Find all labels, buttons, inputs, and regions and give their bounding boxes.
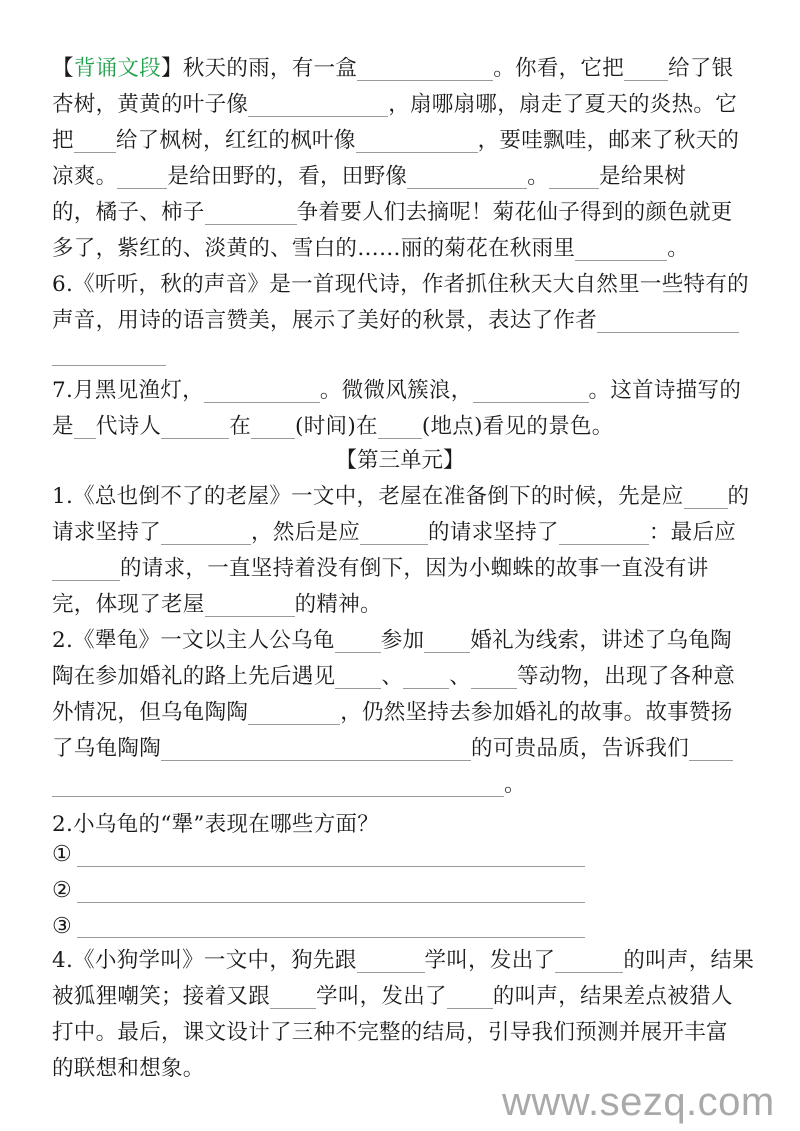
text: 、 (381, 664, 403, 689)
recite-line-3: 把给了枫树，红红的枫叶像，要哇飘哇，邮来了秋天的 (52, 122, 752, 160)
blank-field[interactable] (555, 946, 623, 973)
text: ，扇哪扇哪，扇走了夏天的炎热。它 (388, 92, 737, 117)
blank-field[interactable] (52, 554, 120, 581)
text: 的叫声，结果差点被猎人 (493, 984, 733, 1009)
watermark: www.sezq.com (502, 1080, 775, 1125)
text: 。 (667, 236, 689, 261)
text: 在 (229, 414, 251, 439)
blank-field[interactable] (74, 412, 96, 439)
u3q1-line-3: 的请求，一直坚持着没有倒下，因为小蜘蛛的故事一直没有讲 (52, 550, 752, 588)
blank-field[interactable] (624, 54, 668, 81)
q7-line-2: 是代诗人在(时间)在(地点)看见的景色。 (52, 408, 752, 446)
text: 的，橘子、柿子 (52, 200, 205, 225)
q6-line-1: 6.《听听，秋的声音》是一首现代诗，作者抓住秋天大自然里一些特有的 (52, 266, 752, 304)
text: 凉爽。 (52, 164, 117, 189)
unit-heading: 【第三单元】 (0, 442, 800, 480)
text: 是给果树 (599, 164, 686, 189)
text: ，要哇飘哇，邮来了秋天的 (478, 128, 740, 153)
q6-line-2: 声音，用诗的语言赞美，展示了美好的秋景，表达了作者 (52, 302, 752, 340)
blank-field[interactable] (74, 126, 116, 153)
recite-tag-open: 【 (52, 56, 74, 81)
blank-field[interactable] (52, 365, 166, 366)
text: 的可贵品质，告诉我们 (471, 736, 689, 761)
answer-line-1[interactable] (77, 866, 585, 867)
text: 。微微风簇浪， (320, 378, 473, 403)
text: 的叫声，结果 (623, 948, 754, 973)
text: 声音，用诗的语言赞美，展示了美好的秋景，表达了作者 (52, 308, 597, 333)
text: 完，体现了老屋 (52, 592, 205, 617)
blank-field[interactable] (205, 590, 295, 617)
blank-field[interactable] (689, 734, 733, 761)
item-marker-2: ② (52, 876, 72, 906)
blank-field[interactable] (403, 662, 449, 689)
blank-field[interactable] (335, 662, 381, 689)
blank-field[interactable] (473, 376, 589, 403)
blank-field[interactable] (357, 54, 493, 81)
recite-line-6: 多了，紫红的、淡黄的、雪白的……丽的菊花在秋雨里。 (52, 230, 752, 268)
text: (时间)在 (295, 414, 378, 439)
blank-field[interactable] (248, 90, 388, 117)
blank-field[interactable] (360, 518, 428, 545)
blank-field[interactable] (161, 518, 251, 545)
q7-line-1: 7.月黑见渔灯，。微微风簇浪，。这首诗描写的 (52, 372, 752, 410)
text: 1.《总也倒不了的老屋》一文中，老屋在准备倒下的时候，先是应 (52, 484, 684, 509)
text: 是给田野的，看，田野像 (167, 164, 407, 189)
u3q1-line-4: 完，体现了老屋的精神。 (52, 586, 752, 624)
text: 是 (52, 414, 74, 439)
text: 外情况，但乌龟陶陶 (52, 700, 248, 725)
recite-line-4: 凉爽。是给田野的，看，田野像。是给果树 (52, 158, 752, 196)
blank-field[interactable] (575, 234, 667, 261)
blank-field[interactable] (161, 734, 471, 761)
blank-field[interactable] (204, 376, 320, 403)
text: (地点)看见的景色。 (422, 414, 614, 439)
text: 了乌龟陶陶 (52, 736, 161, 761)
recite-line-5: 的，橘子、柿子争着要人们去摘呢！菊花仙子得到的颜色就更 (52, 194, 752, 232)
text: 等动物，出现了各种意 (517, 664, 735, 689)
u3q1-line-1: 1.《总也倒不了的老屋》一文中，老屋在准备倒下的时候，先是应的 (52, 478, 752, 516)
blank-field[interactable] (251, 412, 295, 439)
u3q2-line-4: 了乌龟陶陶的可贵品质，告诉我们 (52, 730, 752, 768)
blank-field[interactable] (471, 662, 517, 689)
text: 参加 (381, 628, 425, 653)
recite-line-2: 杏树，黄黄的叶子像，扇哪扇哪，扇走了夏天的炎热。它 (52, 86, 752, 124)
text: 请求坚持了 (52, 520, 161, 545)
u3q2-line-1: 2.《犟龟》一文以主人公乌龟参加婚礼为线索，讲述了乌龟陶 (52, 622, 752, 660)
text: 学叫，发出了 (316, 984, 447, 1009)
text: 2.《犟龟》一文以主人公乌龟 (52, 628, 335, 653)
text: 4.《小狗学叫》一文中，狗先跟 (52, 948, 357, 973)
text: 的 (728, 484, 750, 509)
answer-line-3[interactable] (77, 937, 585, 938)
blank-field[interactable] (559, 518, 649, 545)
blank-field[interactable] (357, 946, 425, 973)
text: 的请求，一直坚持着没有倒下，因为小蜘蛛的故事一直没有讲 (120, 556, 709, 581)
u3q2-line-3: 外情况，但乌龟陶陶，仍然坚持去参加婚礼的故事。故事赞扬 (52, 694, 752, 732)
text: 把 (52, 128, 74, 153)
blank-field[interactable] (549, 162, 599, 189)
recite-tag-label: 背诵文段 (74, 56, 161, 81)
u3q2-line-5: 。 (52, 766, 752, 804)
text: 婚礼为线索，讲述了乌龟陶 (470, 628, 732, 653)
text: 多了，紫红的、淡黄的、雪白的……丽的菊花在秋雨里 (52, 236, 575, 261)
text: ：最后应 (649, 520, 736, 545)
text: 被狐狸嘲笑；接着又跟 (52, 984, 270, 1009)
blank-field[interactable] (424, 626, 470, 653)
blank-field[interactable] (270, 982, 316, 1009)
text: 。 (504, 772, 526, 797)
text: 。这首诗描写的 (589, 378, 742, 403)
blank-field[interactable] (407, 162, 527, 189)
blank-field[interactable] (597, 306, 739, 333)
text: ，仍然坚持去参加婚礼的故事。故事赞扬 (340, 700, 732, 725)
item-marker-1: ① (52, 840, 72, 870)
blank-field[interactable] (117, 162, 167, 189)
text: 给了银 (668, 56, 733, 81)
text: 。 (527, 164, 549, 189)
text: 的请求坚持了 (428, 520, 559, 545)
blank-field[interactable] (447, 982, 493, 1009)
worksheet-page: 【背诵文段】秋天的雨，有一盒。你看，它把给了银 杏树，黄黄的叶子像，扇哪扇哪，扇… (0, 0, 800, 1131)
text: 代诗人 (96, 414, 161, 439)
text: 争着要人们去摘呢！菊花仙子得到的颜色就更 (297, 200, 733, 225)
u3q4-line-2: 被狐狸嘲笑；接着又跟学叫，发出了的叫声，结果差点被猎人 (52, 978, 752, 1016)
text: 、 (449, 664, 471, 689)
text: 。你看，它把 (493, 56, 624, 81)
text: 的精神。 (295, 592, 382, 617)
text: 7.月黑见渔灯， (52, 378, 204, 403)
blank-field[interactable] (52, 770, 504, 797)
recite-tag-close: 】 (161, 56, 183, 81)
answer-line-2[interactable] (77, 902, 585, 903)
u3q2b-prompt: 2.小乌龟的“犟”表现在哪些方面？ (52, 806, 752, 844)
u3q1-line-2: 请求坚持了，然后是应的请求坚持了：最后应 (52, 514, 752, 552)
text: 杏树，黄黄的叶子像 (52, 92, 248, 117)
recite-line-1: 【背诵文段】秋天的雨，有一盒。你看，它把给了银 (52, 50, 752, 88)
text: 陶在参加婚礼的路上先后遇见 (52, 664, 335, 689)
item-marker-3: ③ (52, 912, 72, 942)
blank-field[interactable] (378, 412, 422, 439)
text: ，然后是应 (251, 520, 360, 545)
blank-field[interactable] (356, 126, 478, 153)
text: 给了枫树，红红的枫叶像 (116, 128, 356, 153)
text: 秋天的雨，有一盒 (183, 56, 357, 81)
u3q4-line-3: 打中。最后，课文设计了三种不完整的结局，引导我们预测并展开丰富 (52, 1014, 752, 1052)
blank-field[interactable] (205, 198, 297, 225)
text: 学叫，发出了 (425, 948, 556, 973)
blank-field[interactable] (248, 698, 340, 725)
u3q2-line-2: 陶在参加婚礼的路上先后遇见、、等动物，出现了各种意 (52, 658, 752, 696)
blank-field[interactable] (684, 482, 728, 509)
blank-field[interactable] (335, 626, 381, 653)
u3q4-line-1: 4.《小狗学叫》一文中，狗先跟学叫，发出了的叫声，结果 (52, 942, 752, 980)
blank-field[interactable] (161, 412, 229, 439)
